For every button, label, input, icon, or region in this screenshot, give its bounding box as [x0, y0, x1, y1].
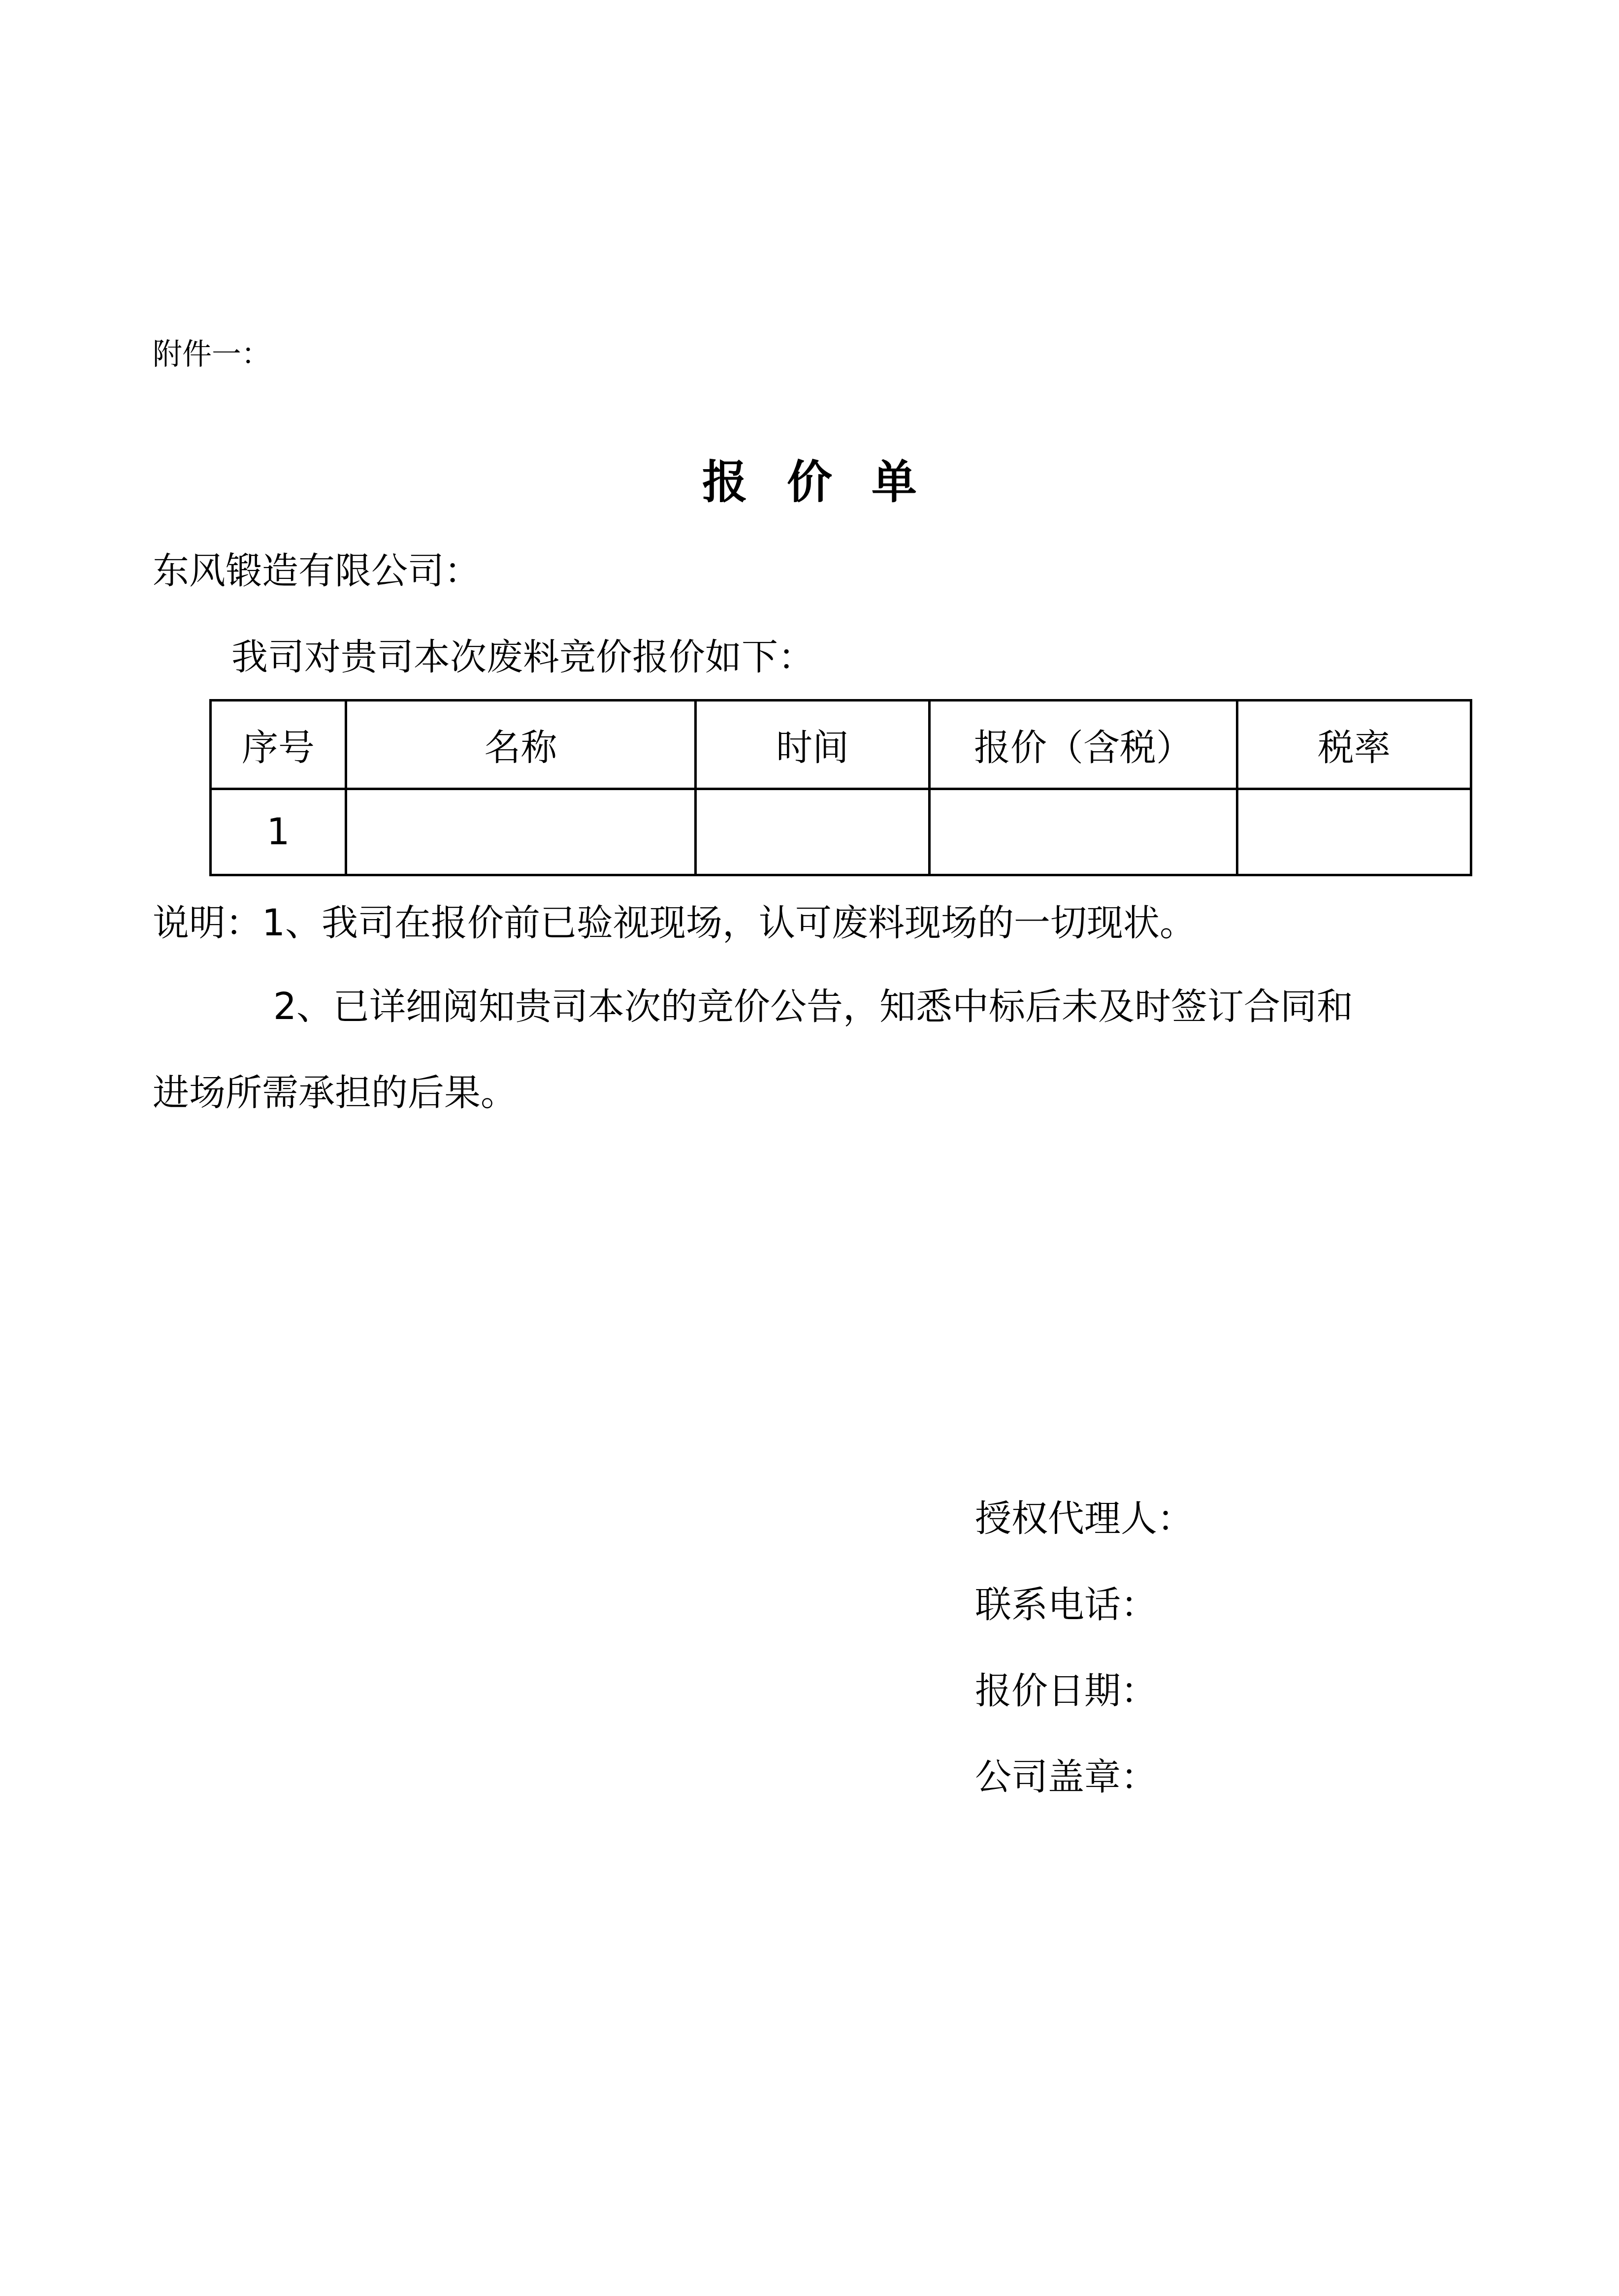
cell-price[interactable] [930, 789, 1237, 875]
cell-name[interactable] [346, 789, 696, 875]
signature-contact-phone: 联系电话： [975, 1580, 1157, 1629]
header-time: 时间 [696, 701, 930, 789]
header-index: 序号 [211, 701, 346, 789]
signature-authorized-agent: 授权代理人： [975, 1494, 1194, 1543]
table-row: 1 [211, 789, 1471, 875]
cell-index: 1 [211, 789, 346, 875]
note-line-2: 2、已详细阅知贵司本次的竞价公告，知悉中标后未及时签订合同和 [273, 982, 1353, 1031]
addressee: 东风锻造有限公司： [153, 546, 481, 596]
intro-text: 我司对贵司本次废料竞价报价如下： [231, 633, 814, 682]
quote-table: 序号 名称 时间 报价（含税） 税率 1 [209, 699, 1472, 876]
note-line-1: 说明：1、我司在报价前已验视现场，认可废料现场的一切现状。 [153, 898, 1196, 948]
table-header-row: 序号 名称 时间 报价（含税） 税率 [211, 701, 1471, 789]
cell-tax-rate[interactable] [1237, 789, 1471, 875]
cell-time[interactable] [696, 789, 930, 875]
attachment-label: 附件一： [153, 335, 271, 374]
header-tax-rate: 税率 [1237, 701, 1471, 789]
header-name: 名称 [346, 701, 696, 789]
header-price-incl-tax: 报价（含税） [930, 701, 1237, 789]
document-title: 报价单 [0, 453, 1619, 512]
note-line-3: 进场所需承担的后果。 [153, 1068, 517, 1117]
signature-quote-date: 报价日期： [975, 1666, 1157, 1716]
signature-company-seal: 公司盖章： [975, 1753, 1157, 1802]
